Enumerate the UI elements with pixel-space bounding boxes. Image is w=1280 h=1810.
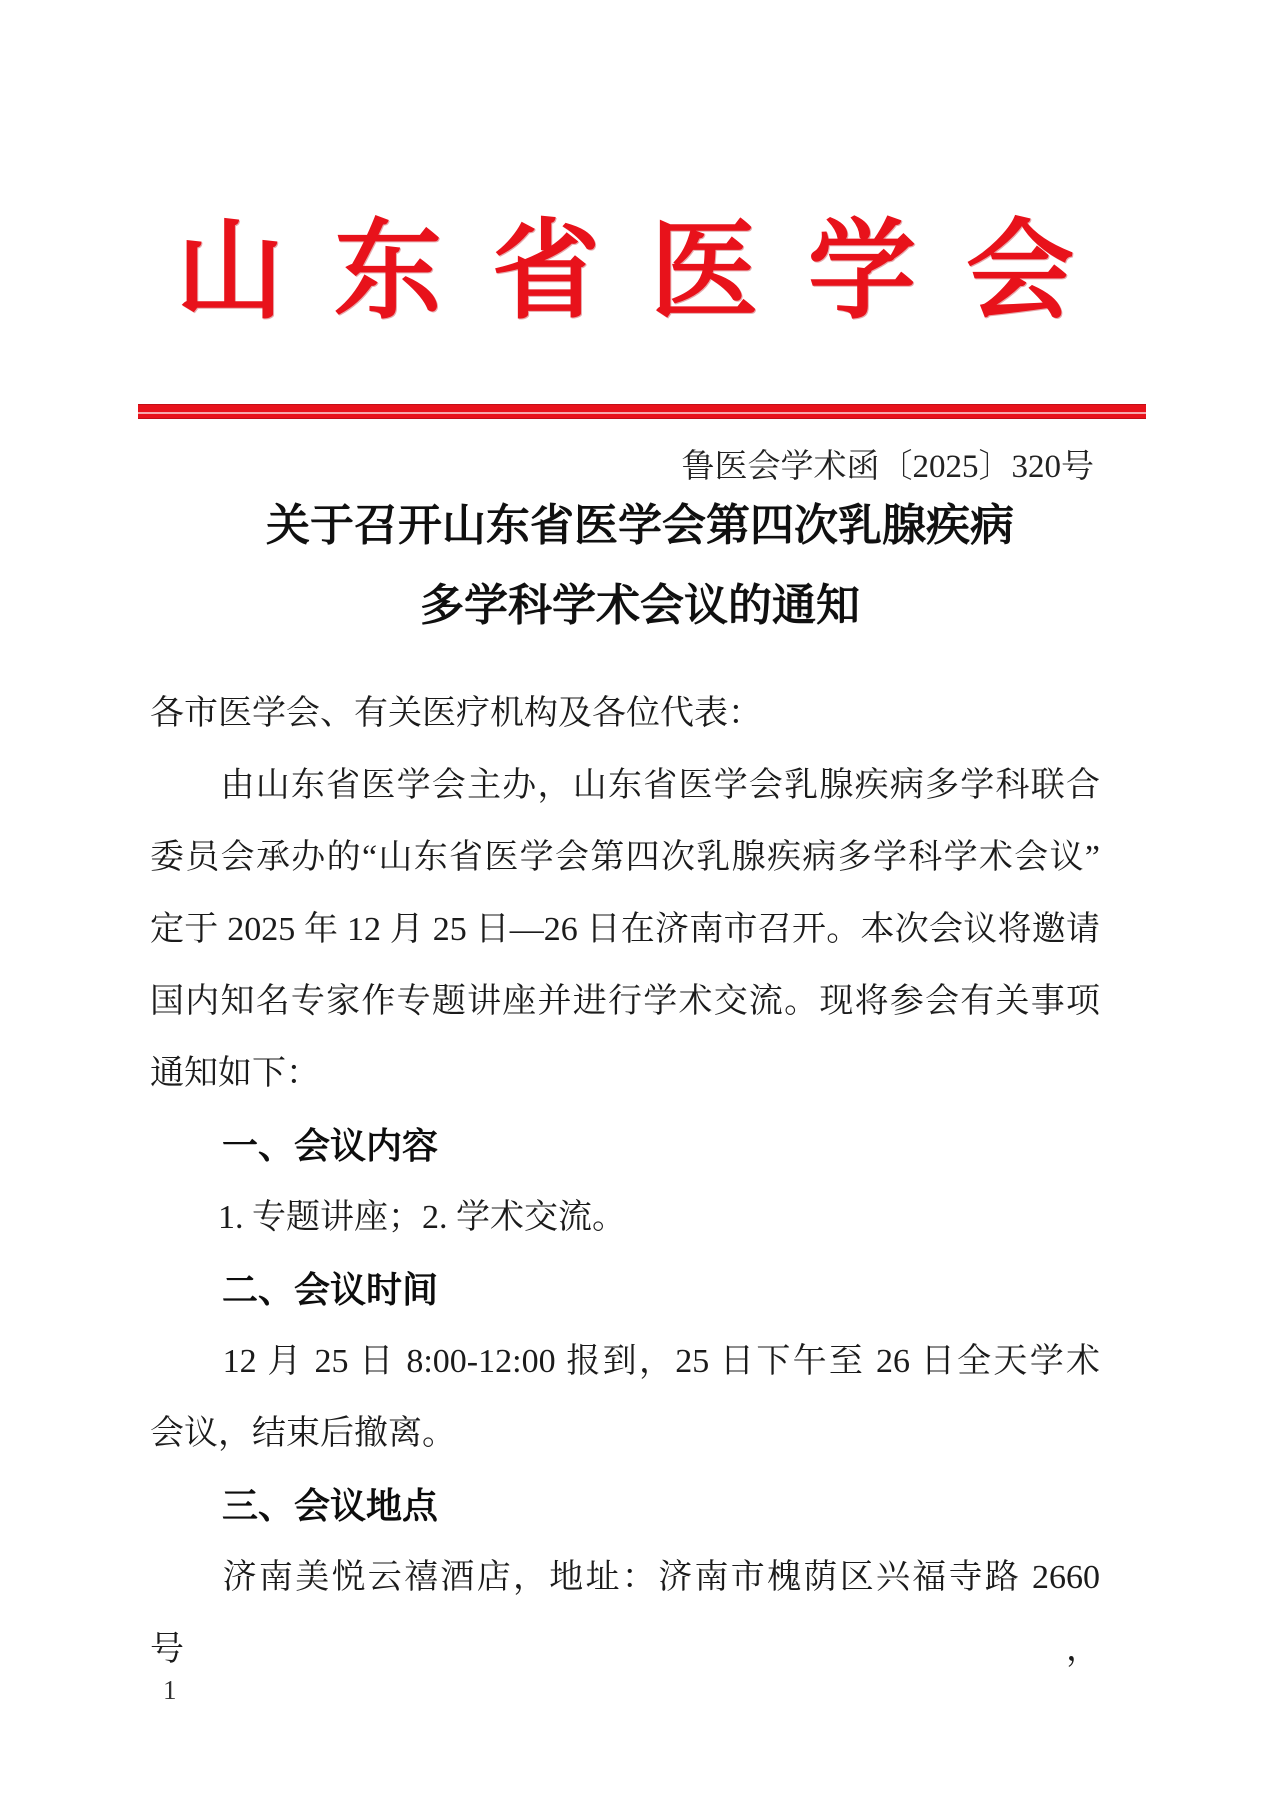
body-line: 会议，结束后撤离。 bbox=[150, 1398, 1100, 1470]
page-number: 1 bbox=[163, 1672, 177, 1708]
body-line: 二、会议时间 bbox=[150, 1254, 1100, 1326]
body-line: 一、会议内容 bbox=[150, 1110, 1100, 1182]
body-line: 各市医学会、有关医疗机构及各位代表： bbox=[150, 678, 1100, 750]
masthead-divider bbox=[138, 404, 1146, 419]
body-line: 委员会承办的“山东省医学会第四次乳腺疾病多学科学术会议” bbox=[150, 822, 1100, 894]
body-line: 12 月 25 日 8:00-12:00 报到，25 日下午至 26 日全天学术 bbox=[150, 1326, 1100, 1398]
body-line: 由山东省医学会主办，山东省医学会乳腺疾病多学科联合 bbox=[150, 750, 1100, 822]
notice-title: 关于召开山东省医学会第四次乳腺疾病 多学科学术会议的通知 bbox=[0, 486, 1280, 646]
body-line: 济南美悦云禧酒店，地址：济南市槐荫区兴福寺路 2660 号， bbox=[150, 1542, 1100, 1614]
document-page: 山东省医学会 鲁医会学术函〔2025〕320号 关于召开山东省医学会第四次乳腺疾… bbox=[0, 0, 1280, 1810]
document-number: 鲁医会学术函〔2025〕320号 bbox=[150, 444, 1094, 490]
notice-body: 各市医学会、有关医疗机构及各位代表： 由山东省医学会主办，山东省医学会乳腺疾病多… bbox=[150, 678, 1100, 1614]
org-masthead: 山东省医学会 bbox=[176, 208, 1124, 338]
body-line: 1. 专题讲座；2. 学术交流。 bbox=[150, 1182, 1100, 1254]
body-line: 三、会议地点 bbox=[150, 1470, 1100, 1542]
notice-title-line-1: 关于召开山东省医学会第四次乳腺疾病 bbox=[0, 486, 1280, 566]
notice-title-line-2: 多学科学术会议的通知 bbox=[0, 566, 1280, 646]
body-line: 定于 2025 年 12 月 25 日—26 日在济南市召开。本次会议将邀请 bbox=[150, 894, 1100, 966]
body-line: 通知如下： bbox=[150, 1038, 1100, 1110]
body-line: 国内知名专家作专题讲座并进行学术交流。现将参会有关事项 bbox=[150, 966, 1100, 1038]
